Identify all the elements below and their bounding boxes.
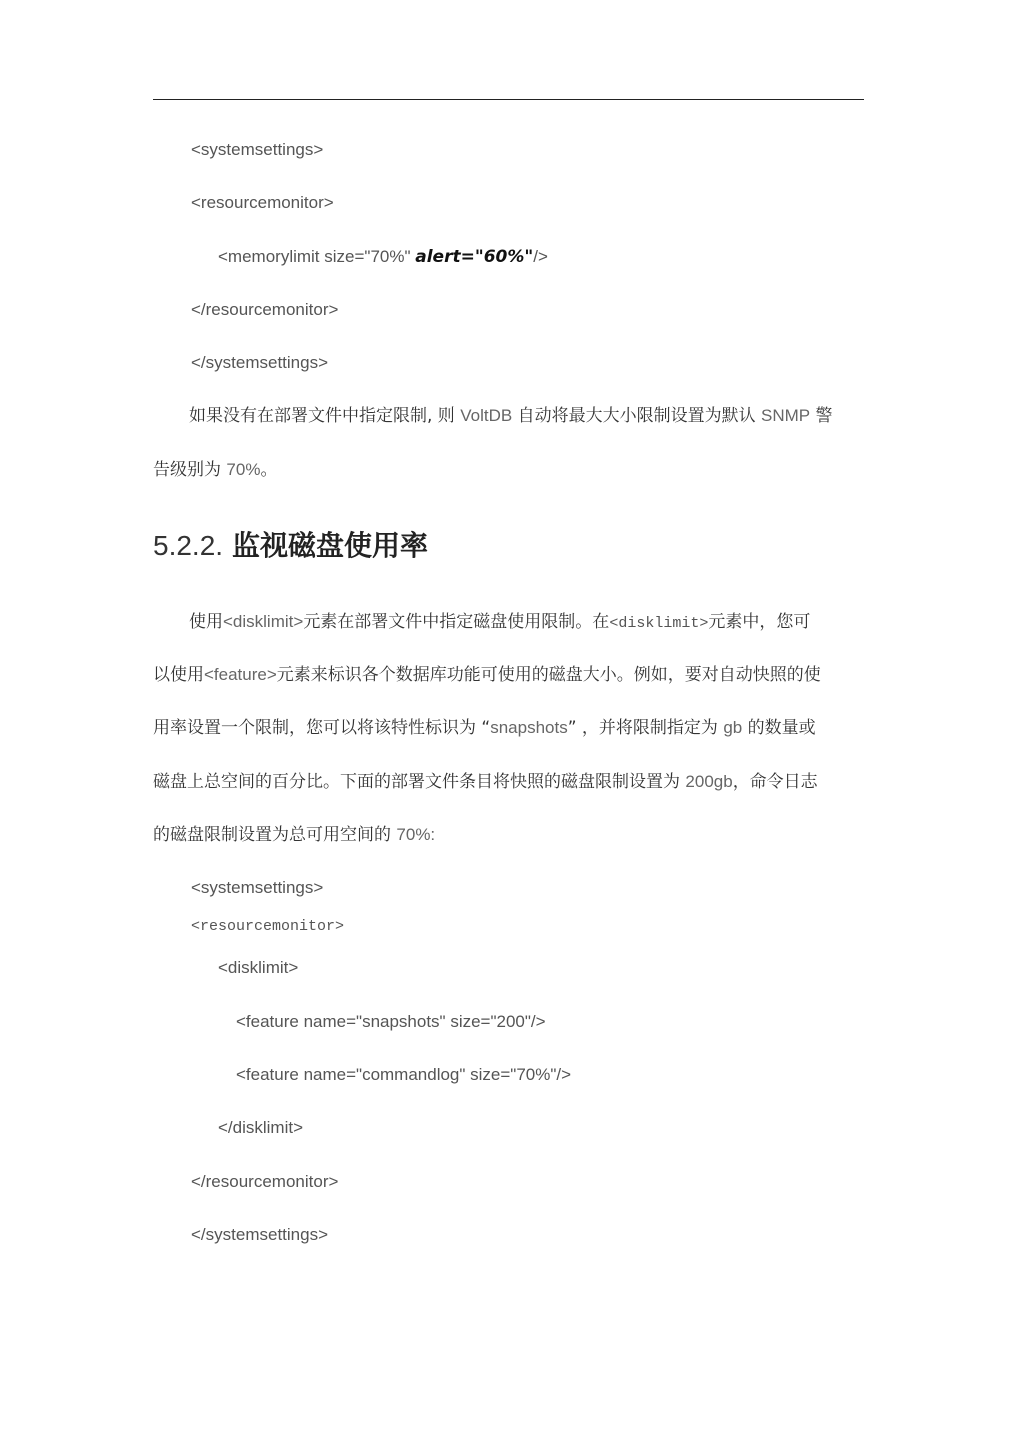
size-value: 200gb bbox=[685, 772, 732, 791]
code-line: <systemsettings> bbox=[191, 138, 323, 162]
inline-tag: <disklimit> bbox=[223, 612, 303, 631]
section-title: 监视磁盘使用率 bbox=[232, 529, 428, 562]
paragraph-2-line-5: 的磁盘限制设置为总可用空间的 70%: bbox=[153, 823, 435, 847]
percent-value: 70% bbox=[226, 460, 260, 479]
paragraph-1-line-1: 如果没有在部署文件中指定限制, 则 VoltDB 自动将最大大小限制设置为默认 … bbox=[189, 404, 833, 428]
text: ” ，并将限制指定为 bbox=[568, 718, 724, 738]
text: 告级别为 bbox=[153, 460, 226, 480]
code-line: </disklimit> bbox=[218, 1116, 303, 1140]
code-text: /> bbox=[533, 247, 548, 266]
code-line-mono: <resourcemonitor> bbox=[191, 915, 344, 939]
code-line-memorylimit: <memorylimit size="70%" alert="60%"/> bbox=[218, 245, 548, 269]
alert-attribute: alert="60%" bbox=[415, 247, 533, 267]
code-line: <feature name="snapshots" size="200"/> bbox=[236, 1010, 546, 1034]
text: 警 bbox=[810, 406, 832, 426]
paragraph-2-line-1: 使用<disklimit>元素在部署文件中指定磁盘使用限制。在<disklimi… bbox=[189, 610, 810, 636]
product-name: VoltDB bbox=[460, 406, 512, 425]
text: 的数量或 bbox=[742, 718, 815, 738]
code-line: <systemsettings> bbox=[191, 876, 323, 900]
paragraph-2-line-4: 磁盘上总空间的百分比。下面的部署文件条目将快照的磁盘限制设置为 200gb，命令… bbox=[153, 770, 818, 794]
text: 元素中，您可 bbox=[708, 612, 810, 632]
paragraph-2-line-2: 以使用<feature>元素来标识各个数据库功能可使用的磁盘大小。例如，要对自动… bbox=[153, 663, 821, 687]
text: 用率设置一个限制，您可以将该特性标识为 “ bbox=[153, 718, 490, 738]
code-text: <memorylimit size="70%" bbox=[218, 247, 415, 266]
text: ，命令日志 bbox=[733, 772, 818, 792]
code-line: </resourcemonitor> bbox=[191, 298, 338, 322]
header-rule bbox=[153, 99, 864, 100]
code-line: </systemsettings> bbox=[191, 1223, 328, 1247]
code-line: <resourcemonitor> bbox=[191, 191, 334, 215]
code-line: <feature name="commandlog" size="70%"/> bbox=[236, 1063, 571, 1087]
section-number: 5.2.2. bbox=[153, 530, 223, 561]
text: 使用 bbox=[189, 612, 223, 632]
code-line: </resourcemonitor> bbox=[191, 1170, 338, 1194]
text: 。 bbox=[260, 460, 277, 480]
inline-tag: <feature> bbox=[204, 665, 277, 684]
feature-name: snapshots bbox=[490, 718, 568, 737]
code-line: </systemsettings> bbox=[191, 351, 328, 375]
text: 以使用 bbox=[153, 665, 204, 685]
percent-value: 70%: bbox=[396, 825, 435, 844]
text: 的磁盘限制设置为总可用空间的 bbox=[153, 825, 396, 845]
text: 元素来标识各个数据库功能可使用的磁盘大小。例如，要对自动快照的使 bbox=[277, 665, 821, 685]
section-heading: 5.2.2. 监视磁盘使用率 bbox=[153, 526, 428, 566]
protocol-name: SNMP bbox=[761, 406, 810, 425]
text: 元素在部署文件中指定磁盘使用限制。在 bbox=[303, 612, 609, 632]
text: 自动将最大大小限制设置为默认 bbox=[512, 406, 761, 426]
unit: gb bbox=[723, 718, 742, 737]
text: 磁盘上总空间的百分比。下面的部署文件条目将快照的磁盘限制设置为 bbox=[153, 772, 685, 792]
code-line: <disklimit> bbox=[218, 956, 298, 980]
text: 如果没有在部署文件中指定限制, 则 bbox=[189, 406, 460, 426]
paragraph-1-line-2: 告级别为 70%。 bbox=[153, 458, 277, 482]
inline-code-tag: <disklimit> bbox=[609, 615, 708, 632]
paragraph-2-line-3: 用率设置一个限制，您可以将该特性标识为 “snapshots” ，并将限制指定为… bbox=[153, 716, 816, 740]
